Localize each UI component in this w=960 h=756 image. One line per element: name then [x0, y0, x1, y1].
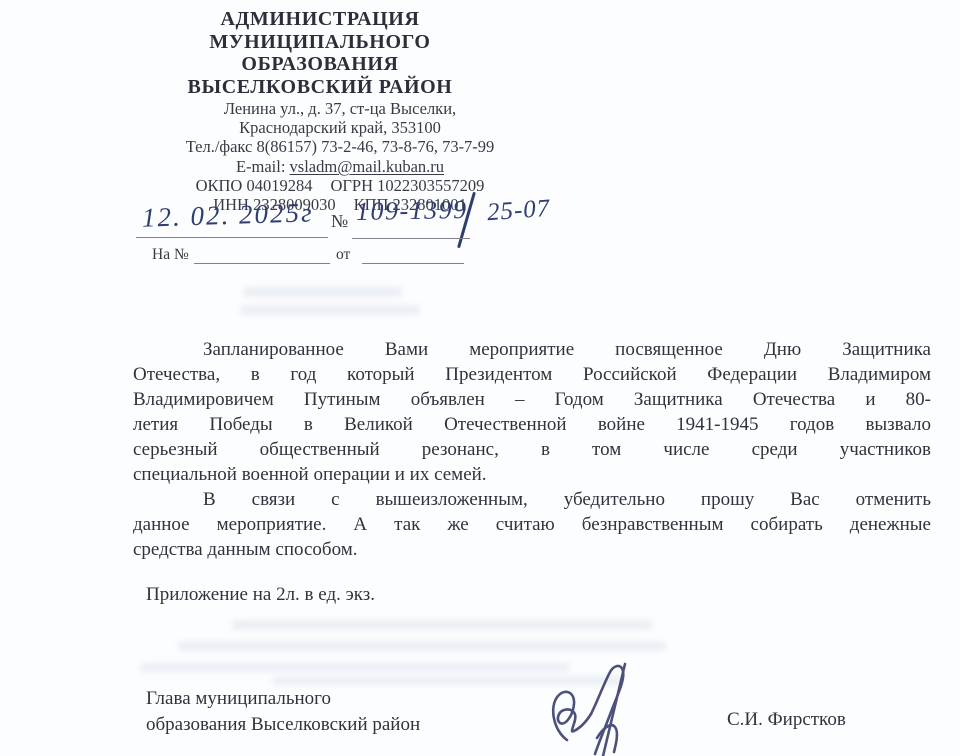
address-line: Краснодарский край, 353100 — [100, 118, 580, 137]
address-line: Ленина ул., д. 37, ст-ца Выселки, — [100, 99, 580, 118]
signer-name: С.И. Фирстков — [727, 709, 846, 731]
org-name-line: МУНИЦИПАЛЬНОГО — [85, 31, 555, 54]
attachment-note: Приложение на 2л. в ед. экз. — [146, 584, 375, 606]
body-text-line: средства данным способом. — [133, 537, 931, 562]
signer-title-line: образования Выселковский район — [146, 712, 506, 738]
faded-text-artifact — [232, 620, 652, 630]
phone-fax-line: Тел./факс 8(86157) 73-2-46, 73-8-76, 73-… — [100, 137, 580, 156]
number-underline — [352, 238, 470, 239]
scanned-letter-page: АДМИНИСТРАЦИЯ МУНИЦИПАЛЬНОГО ОБРАЗОВАНИЯ… — [0, 0, 960, 756]
email-label: E-mail: — [236, 157, 285, 176]
org-name-line: ОБРАЗОВАНИЯ — [85, 53, 555, 76]
email-address: vsladm@mail.kuban.ru — [290, 157, 445, 176]
letterhead-org-name: АДМИНИСТРАЦИЯ МУНИЦИПАЛЬНОГО ОБРАЗОВАНИЯ… — [85, 8, 555, 98]
ogrn-value: ОГРН 1022303557209 — [330, 176, 484, 195]
handwritten-signature — [545, 660, 660, 756]
body-text-line: Отечества, в год который Президентом Рос… — [133, 362, 931, 387]
body-text-line: Владимировичем Путиным объявлен – Годом … — [133, 387, 931, 412]
body-text-line: серьезный общественный резонанс, в том ч… — [133, 437, 931, 462]
org-name-line: АДМИНИСТРАЦИЯ — [85, 8, 555, 31]
incoming-number-blank-line — [194, 263, 330, 264]
incoming-date-label: от — [336, 246, 350, 264]
signer-title: Глава муниципального образования Выселко… — [146, 686, 506, 737]
number-sign-label: № — [331, 211, 348, 232]
okpo-ogrn-line: ОКПО 04019284 ОГРН 1022303557209 — [100, 176, 580, 195]
handwritten-date: 12. 02. 2025г — [142, 197, 314, 233]
org-name-line: ВЫСЕЛКОВСКИЙ РАЙОН — [85, 76, 555, 99]
handwritten-number-suffix: 25-07 — [486, 195, 551, 227]
letter-body: Запланированное Вами мероприятие посвяще… — [133, 337, 931, 562]
date-underline — [136, 237, 328, 238]
body-text-line: летия Победы в Великой Отечественной вой… — [133, 412, 931, 437]
body-text-line: специальной военной операции и их семей. — [133, 462, 931, 487]
incoming-date-blank-line — [362, 263, 464, 264]
incoming-number-label: На № — [152, 246, 189, 264]
handwritten-outgoing-number: 109-1399 — [356, 195, 468, 227]
faded-text-artifact — [178, 641, 666, 651]
faded-text-artifact — [243, 287, 403, 297]
body-text-line: Запланированное Вами мероприятие посвяще… — [133, 337, 931, 362]
email-line: E-mail: vsladm@mail.kuban.ru — [100, 157, 580, 176]
body-text-line: В связи с вышеизложенным, убедительно пр… — [133, 487, 931, 512]
faded-text-artifact — [240, 305, 420, 315]
body-text-line: данное мероприятие. А так же считаю безн… — [133, 512, 931, 537]
signature-stroke — [553, 692, 591, 740]
faded-text-artifact — [140, 663, 570, 672]
signer-title-line: Глава муниципального — [146, 686, 506, 712]
okpo-value: ОКПО 04019284 — [196, 176, 313, 195]
